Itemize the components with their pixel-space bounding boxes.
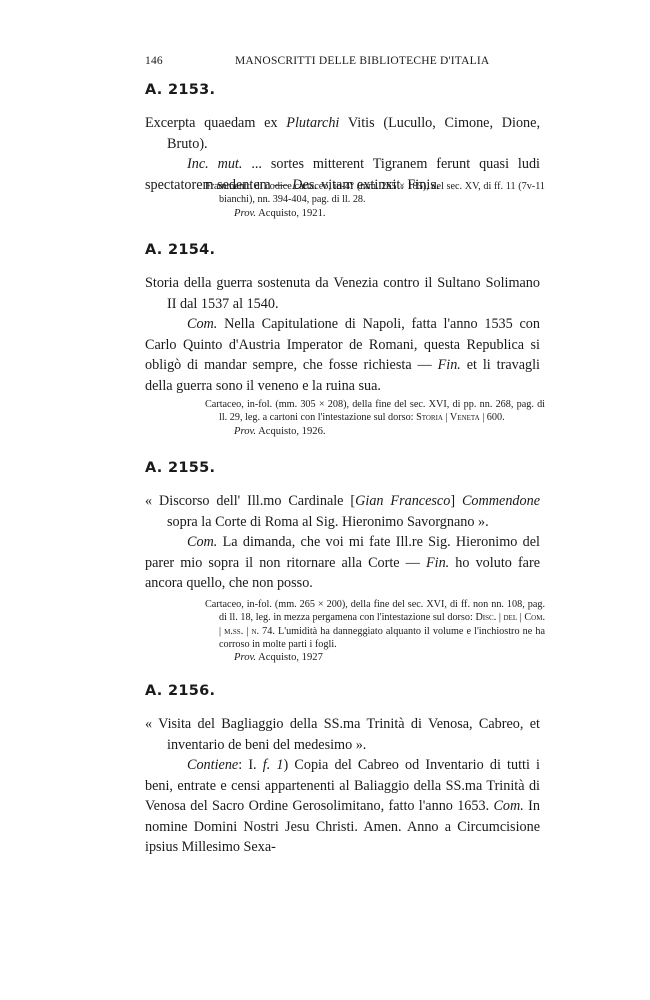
entry-description: Cartaceo, in-fol. (mm. 305 × 208), della… (205, 398, 545, 438)
entry-body: « Discorso dell' Ill.mo Cardinale [Gian … (145, 491, 540, 594)
entry-description: Frammento di codice cartaceo, in-4° (mm.… (205, 180, 545, 220)
entry-title: « Discorso dell' Ill.mo Cardinale [Gian … (145, 491, 540, 532)
entry-title: Excerpta quaedam ex Plutarchi Vitis (Luc… (145, 113, 540, 154)
entry-body: Storia della guerra sostenuta da Venezia… (145, 273, 540, 396)
entry-body: « Visita del Bagliaggio della SS.ma Trin… (145, 714, 540, 858)
entry-title: Storia della guerra sostenuta da Venezia… (145, 273, 540, 314)
entry-description: Cartaceo, in-fol. (mm. 265 × 200), della… (205, 598, 545, 664)
entry-id: A. 2153. (145, 82, 215, 98)
running-title: MANOSCRITTI DELLE BIBLIOTECHE D'ITALIA (235, 55, 489, 67)
contents: Contiene: I. f. 1) Copia del Cabreo od I… (145, 755, 540, 858)
entry-title: « Visita del Bagliaggio della SS.ma Trin… (145, 714, 540, 755)
provenance: Prov. Acquisto, 1927 (205, 651, 545, 664)
book-page: 146 MANOSCRITTI DELLE BIBLIOTECHE D'ITAL… (0, 0, 650, 1000)
incipit: Com. Nella Capitulatione di Napoli, fatt… (145, 314, 540, 396)
provenance: Prov. Acquisto, 1926. (205, 425, 545, 438)
entry-id: A. 2154. (145, 242, 215, 258)
page-number: 146 (145, 55, 163, 67)
entry-id: A. 2156. (145, 683, 215, 699)
provenance: Prov. Acquisto, 1921. (205, 207, 545, 220)
incipit: Com. La dimanda, che voi mi fate Ill.re … (145, 532, 540, 594)
entry-id: A. 2155. (145, 460, 215, 476)
